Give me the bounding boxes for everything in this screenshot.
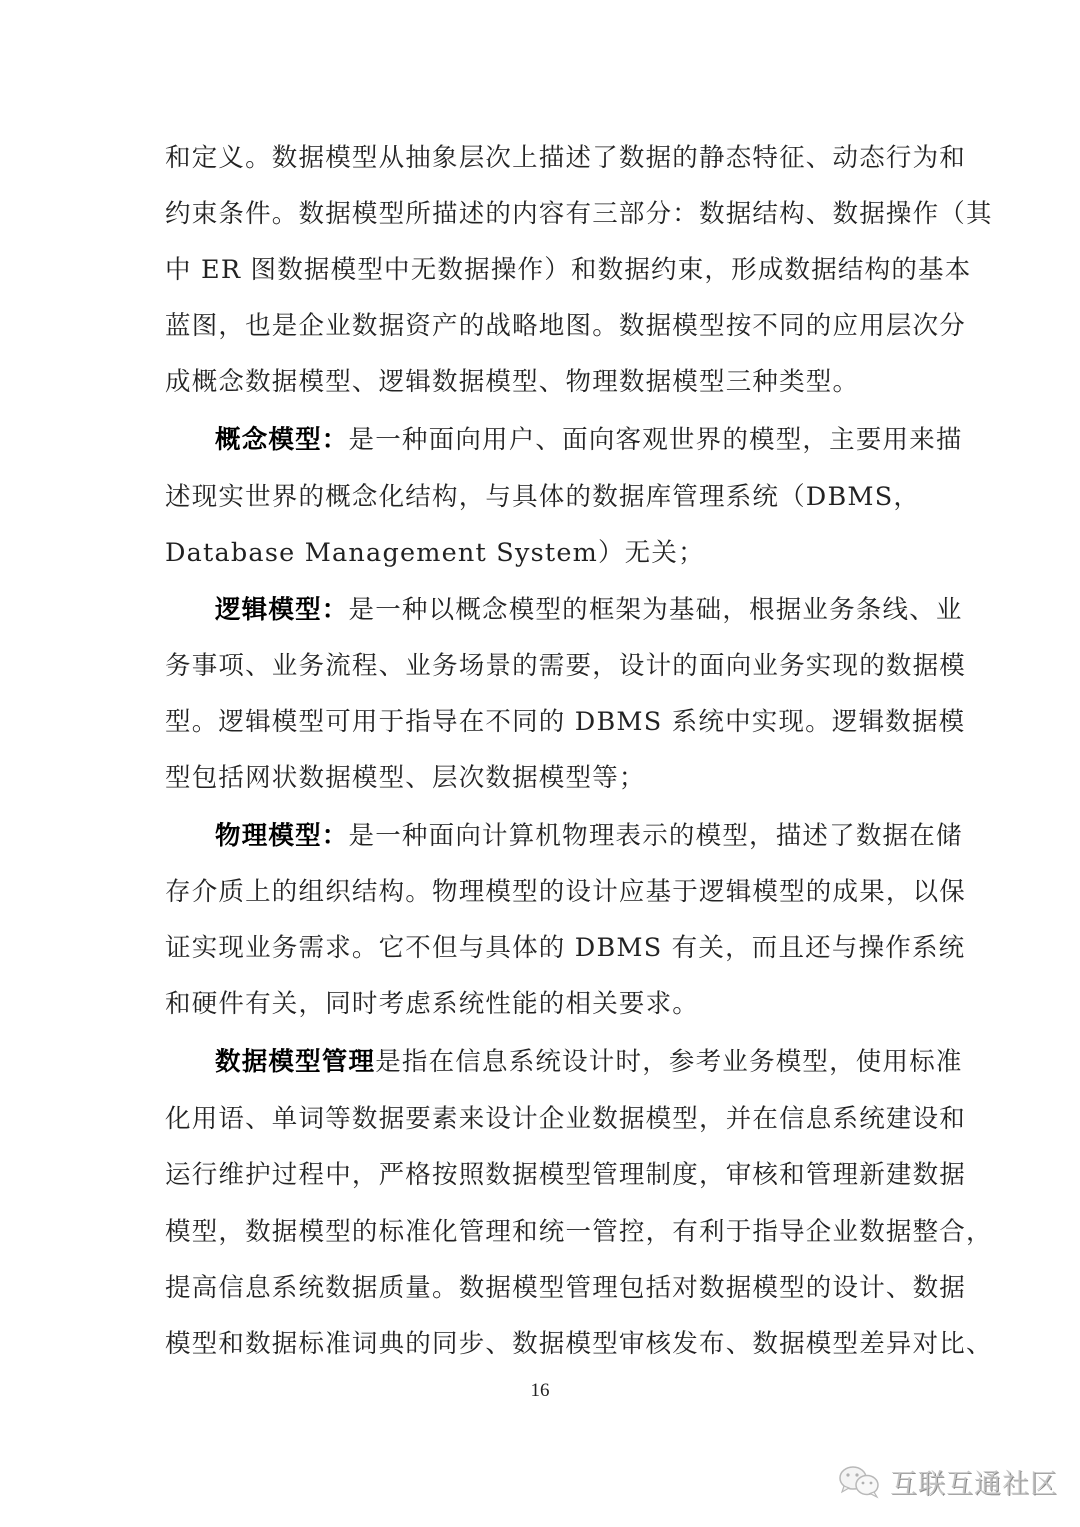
text-line: 述现实世界的概念化结构，与具体的数据库管理系统（DBMS， [165, 477, 917, 517]
term-logical-model: 逻辑模型： [215, 595, 349, 625]
text-span: 是一种面向用户、面向客观世界的模型，主要用来描 [349, 425, 963, 455]
text-span: 是一种面向计算机物理表示的模型，描述了数据在储 [349, 821, 963, 851]
text-line: 蓝图，也是企业数据资产的战略地图。数据模型按不同的应用层次分 [165, 306, 917, 346]
page-number: 16 [0, 1380, 1080, 1402]
text-line: Database Management System）无关； [165, 533, 705, 573]
term-conceptual-model: 概念模型： [215, 425, 349, 455]
text-span: 是一种以概念模型的框架为基础，根据业务条线、业 [349, 595, 963, 625]
paragraph-data-model-management-first-line: 数据模型管理是指在信息系统设计时，参考业务模型，使用标准 [215, 1042, 917, 1082]
text-line: 模型，数据模型的标准化管理和统一管控，有利于指导企业数据整合， [165, 1212, 917, 1252]
text-line: 成概念数据模型、逻辑数据模型、物理数据模型三种类型。 [165, 362, 859, 402]
text-line: 运行维护过程中，严格按照数据模型管理制度，审核和管理新建数据 [165, 1155, 917, 1195]
term-physical-model: 物理模型： [215, 821, 349, 851]
text-line: 模型和数据标准词典的同步、数据模型审核发布、数据模型差异对比、 [165, 1324, 917, 1364]
paragraph-logical-model-first-line: 逻辑模型：是一种以概念模型的框架为基础，根据业务条线、业 [215, 590, 917, 630]
text-line: 型。逻辑模型可用于指导在不同的 DBMS 系统中实现。逻辑数据模 [165, 702, 917, 742]
document-page: 和定义。数据模型从抽象层次上描述了数据的静态特征、动态行为和 约束条件。数据模型… [0, 0, 1080, 1527]
watermark: 互联互通社区 [838, 1462, 1058, 1501]
text-line: 证实现业务需求。它不但与具体的 DBMS 有关，而且还与操作系统 [165, 928, 917, 968]
text-line: 存介质上的组织结构。物理模型的设计应基于逻辑模型的成果，以保 [165, 872, 917, 912]
text-line: 中 ER 图数据模型中无数据操作）和数据约束，形成数据结构的基本 [165, 250, 917, 290]
text-line: 约束条件。数据模型所描述的内容有三部分：数据结构、数据操作（其 [165, 194, 917, 234]
text-line: 化用语、单词等数据要素来设计企业数据模型，并在信息系统建设和 [165, 1099, 917, 1139]
wechat-icon [838, 1465, 882, 1499]
text-line: 提高信息系统数据质量。数据模型管理包括对数据模型的设计、数据 [165, 1268, 917, 1308]
text-line: 和硬件有关，同时考虑系统性能的相关要求。 [165, 984, 699, 1024]
paragraph-conceptual-model-first-line: 概念模型：是一种面向用户、面向客观世界的模型，主要用来描 [215, 420, 917, 460]
paragraph-physical-model-first-line: 物理模型：是一种面向计算机物理表示的模型，描述了数据在储 [215, 816, 917, 856]
term-data-model-management: 数据模型管理 [215, 1047, 375, 1077]
text-line: 型包括网状数据模型、层次数据模型等； [165, 758, 646, 798]
text-span: 是指在信息系统设计时，参考业务模型，使用标准 [375, 1047, 962, 1077]
text-line: 务事项、业务流程、业务场景的需要，设计的面向业务实现的数据模 [165, 646, 917, 686]
text-line: 和定义。数据模型从抽象层次上描述了数据的静态特征、动态行为和 [165, 138, 917, 178]
watermark-text: 互联互通社区 [890, 1462, 1058, 1501]
